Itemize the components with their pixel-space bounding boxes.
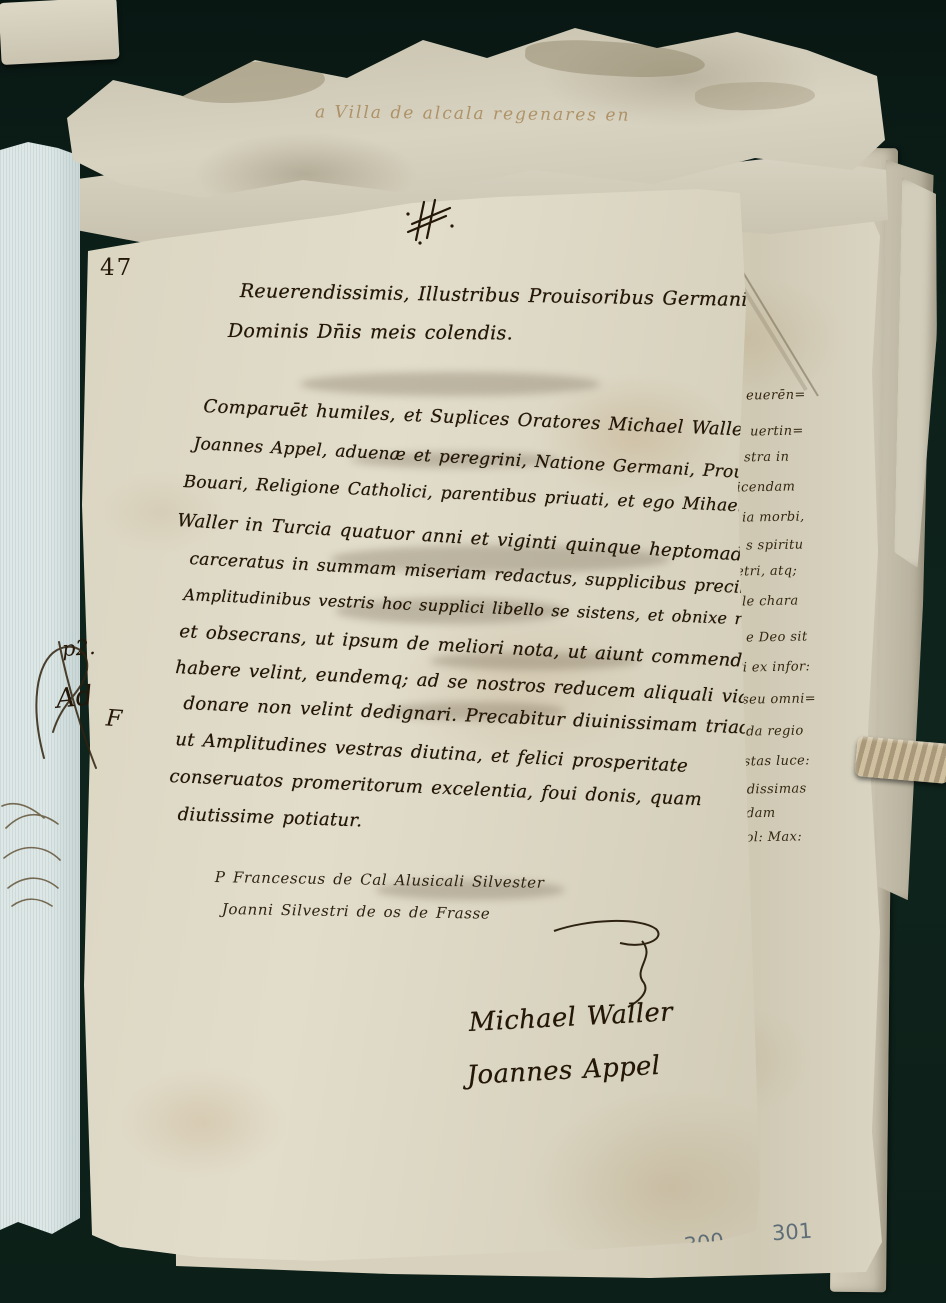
manuscript-line: diutissime potiatur.	[177, 804, 362, 831]
torn-paper-patch	[695, 80, 816, 112]
page-fragment-text: etri, atq;	[736, 563, 797, 579]
manuscript-line: Bouari, Religione Catholici, parentibus …	[183, 472, 744, 516]
page-fragment-text: Jol: Max:	[740, 829, 802, 845]
manuscript-photo: euerēn= uertin= stra in licendam ia mor…	[0, 0, 946, 1303]
ink-bleed-smudge	[300, 372, 600, 396]
manuscript-heading-line: Dominis Dn̄is meis colendis.	[228, 320, 513, 344]
margin-mark: F	[105, 705, 123, 732]
docket-flourish	[548, 915, 698, 1010]
page-fragment-text: hi ex infor:	[734, 659, 811, 675]
signature-michael-waller: Michael Waller	[468, 997, 674, 1038]
page-fragment-text: stra in	[744, 450, 790, 466]
folio-number: 47	[100, 255, 133, 281]
bookmark-cord	[854, 736, 946, 784]
page-fragment-text: uertin=	[750, 424, 804, 440]
margin-mark: p2.	[61, 635, 96, 661]
page-fragment-text: euerēn=	[746, 387, 806, 403]
margin-mark: Ad	[54, 680, 94, 715]
page-corner-bottom-right	[0, 0, 120, 65]
torn-paper-patch	[174, 57, 326, 107]
manuscript-heading-line: Reuerendissimis, Illustribus Prouisoribu…	[240, 280, 765, 311]
page-fragment-text: ndissimas	[738, 781, 807, 797]
docket-line: Joanni Silvestri de os de Frasse	[222, 900, 491, 923]
manuscript-page-300: 47 Reuerendissimis, Illustribus Prouisor…	[78, 185, 774, 1275]
torn-paper-patch	[524, 37, 706, 80]
docket-line: P Francescus de Cal Alusicali Silvester	[215, 868, 545, 892]
manuscript-line: Comparuēt humiles, et Suplices Oratores…	[203, 396, 779, 442]
signature-joannes-appel: Joannes Appel	[466, 1051, 661, 1091]
page-fragment-text: seu omni=	[742, 691, 816, 707]
page-fragment-text: licendam	[732, 479, 796, 495]
page-fragment-text: e Deo sit	[746, 629, 808, 645]
page-fragment-text: ia morbi,	[742, 509, 805, 525]
page-number-301: 301	[771, 1219, 813, 1246]
page-fragment-text: da regio	[746, 723, 804, 739]
page-fragment-text: dam	[746, 806, 776, 822]
page-fragment-text: le chara	[742, 594, 799, 610]
faded-inscription: a Villa de alcala regenares en	[315, 102, 631, 125]
page-fragment-text: s spiritu	[746, 537, 804, 553]
